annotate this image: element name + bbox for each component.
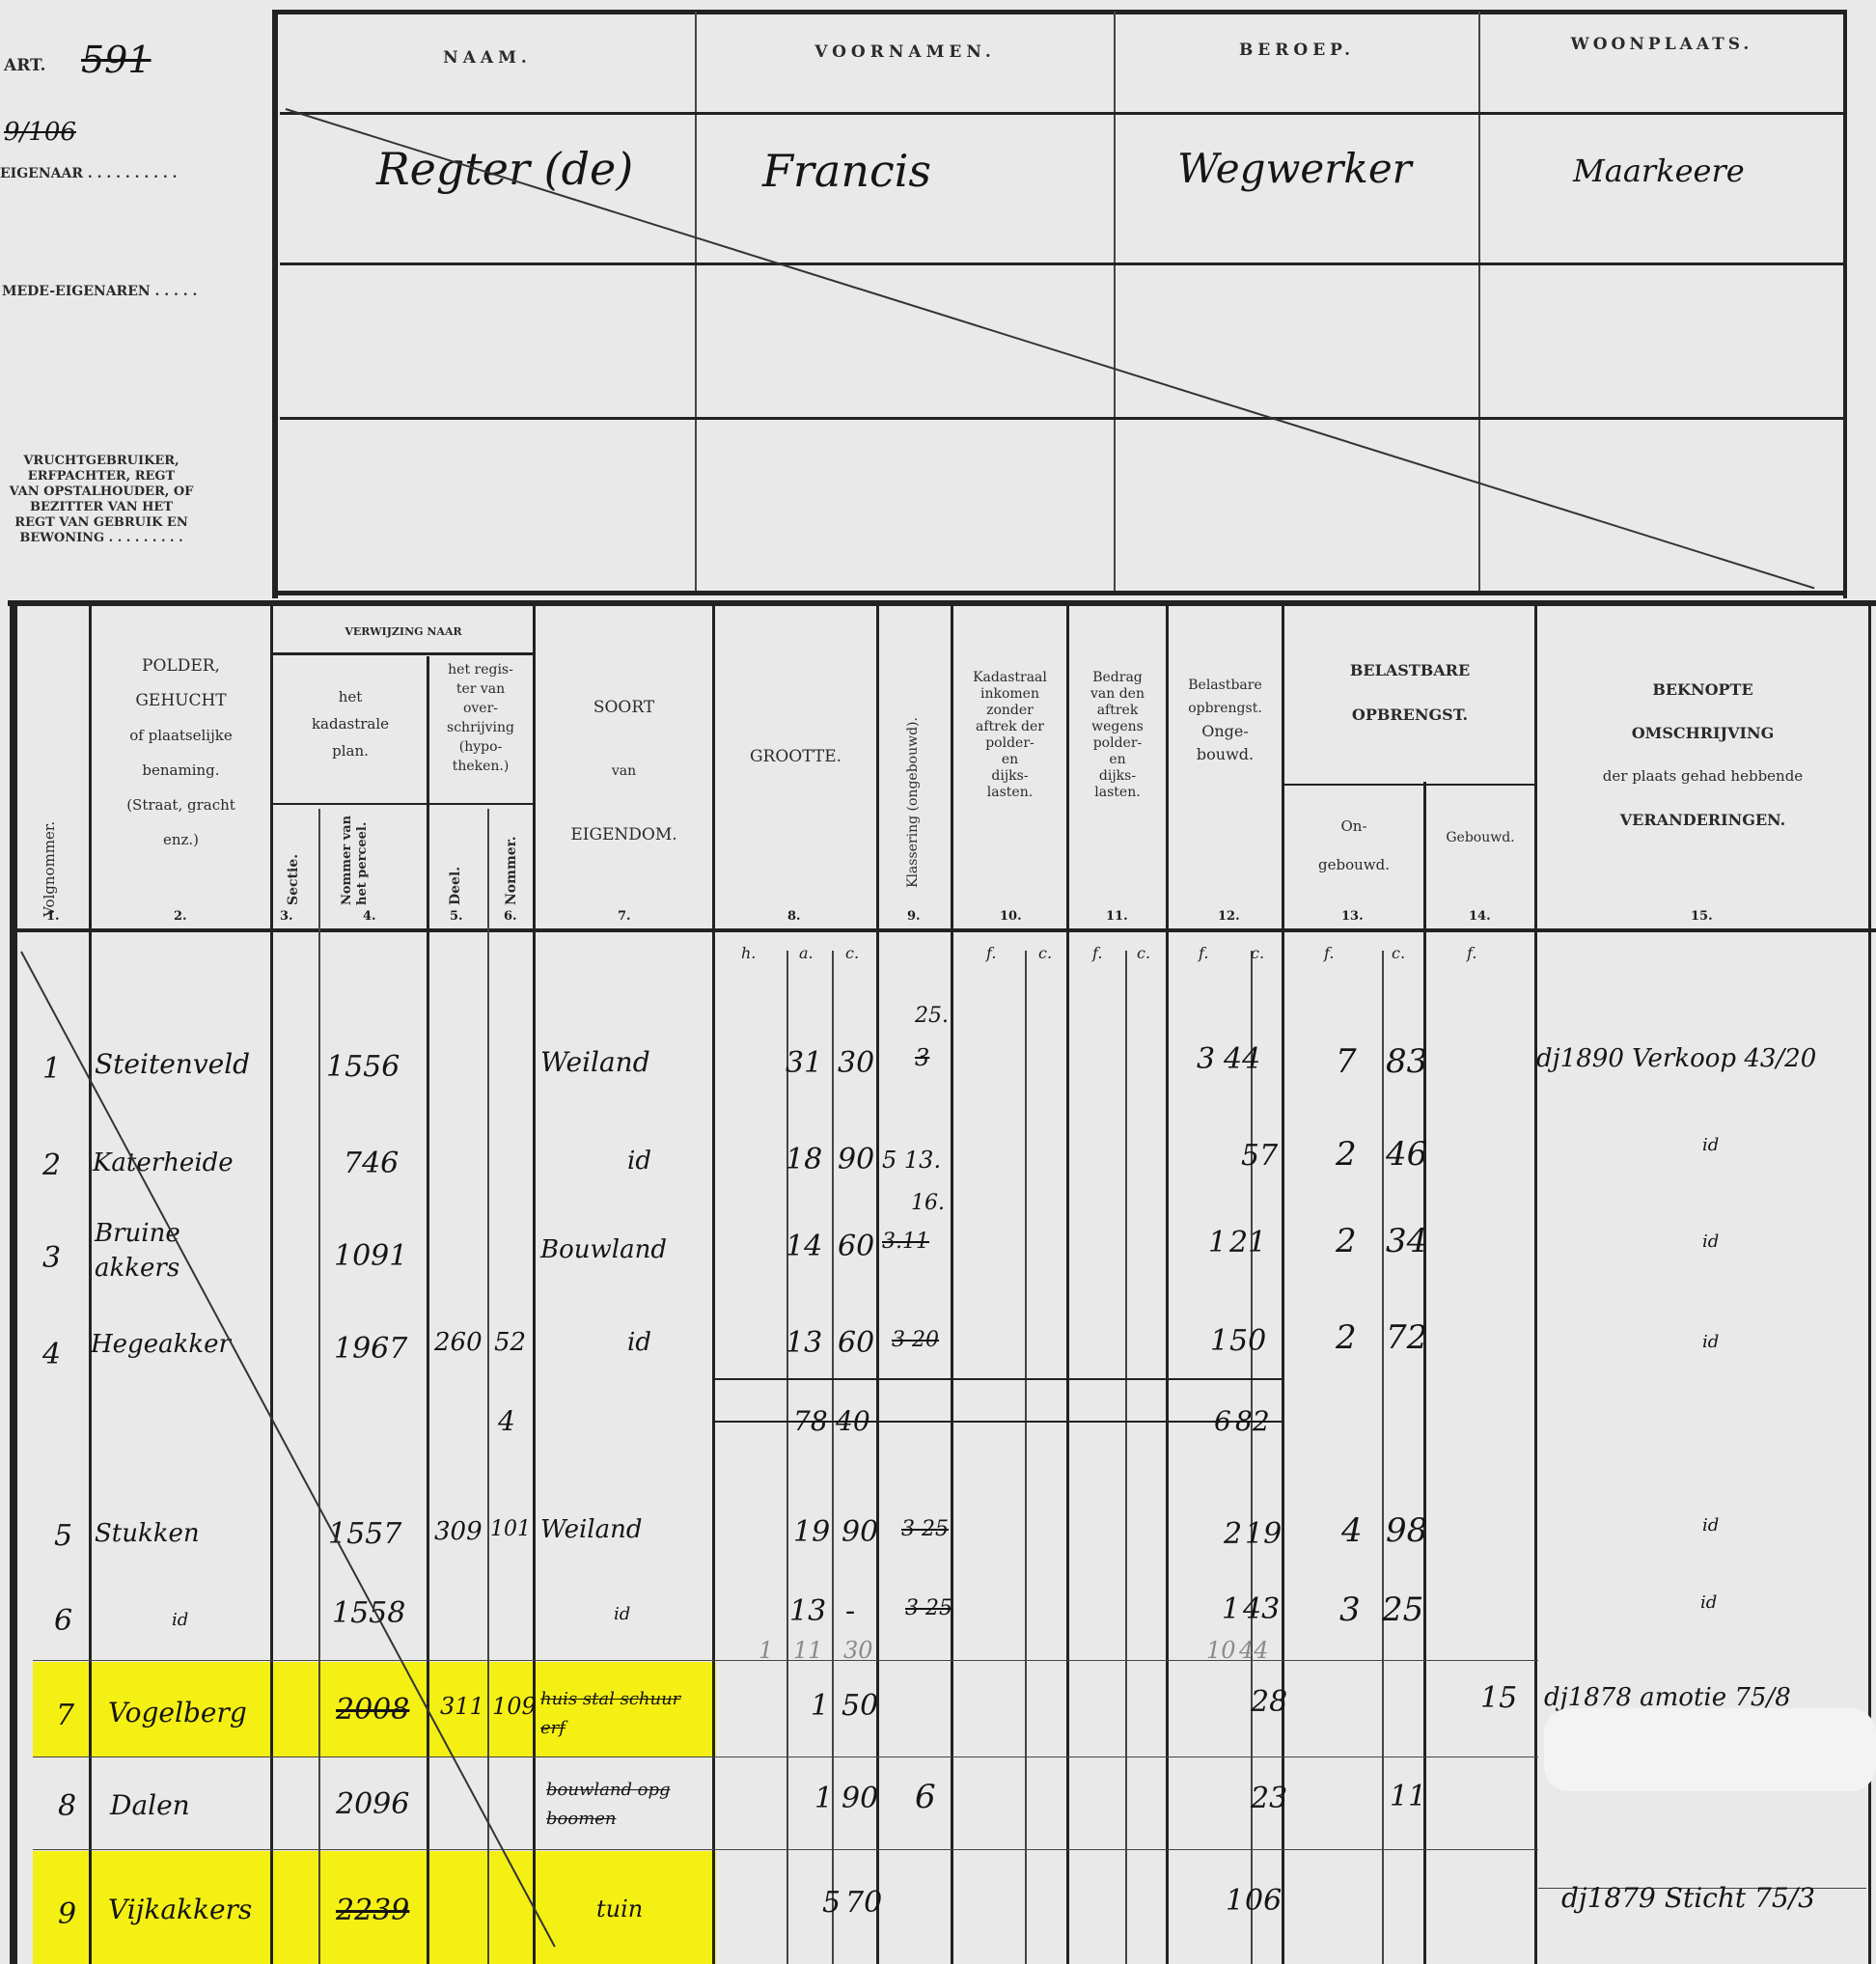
header-verwijzing-naar: VERWIJZING NAAR xyxy=(273,625,534,638)
table-row: 1 Steitenveld 1556 Weiland 31 30 25. 3 3… xyxy=(0,1033,1876,1110)
header-klassering: Klassering (ongebouwd). xyxy=(905,717,921,888)
mede-eigenaren-label: MEDE-EIGENAREN . . . . . xyxy=(2,284,197,299)
owner-woonplaats: Maarkeere xyxy=(1573,152,1745,189)
subtotal-row: 4 78 40 6 82 xyxy=(0,1405,1876,1453)
vruchtgebruiker-label: VRUCHTGEBRUIKER, ERFPACHTER, REGT VAN OP… xyxy=(2,454,201,546)
header-belastbare-opbrengst: BELASTBARE OPBRENGST. xyxy=(1284,649,1535,737)
owner-beroep: Wegwerker xyxy=(1177,145,1412,192)
header-naam: NAAM. xyxy=(280,48,695,68)
header-register-overschrijving: het regis- ter van over- schrijving (hyp… xyxy=(428,660,534,776)
header-woonplaats: WOONPLAATS. xyxy=(1480,35,1843,54)
header-voornamen: VOORNAMEN. xyxy=(697,42,1114,62)
header-soort-eigendom: SOORT van EIGENDOM. xyxy=(536,676,712,867)
table-row: 5 Stukken 1557 309 101 Weiland 19 90 3 2… xyxy=(0,1506,1876,1583)
eigenaar-label: EIGENAAR . . . . . . . . . . xyxy=(0,166,177,181)
art-label: ART. xyxy=(4,56,45,75)
header-nommer: Nommer. xyxy=(504,836,519,905)
header-nommer-perceel: Nommer van het perceel. xyxy=(340,813,371,905)
header-kadastrale-plan: het kadastrale plan. xyxy=(273,683,428,764)
table-row: 3 Bruine akkers 1091 Bouwland 14 60 16. … xyxy=(0,1206,1876,1293)
header-volgnommer: Volgnommer. xyxy=(41,821,58,917)
art-number: 591 xyxy=(81,39,152,81)
owner-voornamen: Francis xyxy=(762,145,931,197)
table-row: 4 Hegeakker 1967 260 52 id 13 60 3 20 1 … xyxy=(0,1303,1876,1380)
header-bedrag-aftrek: Bedrag van den aftrek wegens polder- en … xyxy=(1069,670,1166,801)
erased-area xyxy=(1544,1708,1876,1791)
header-on-gebouwd: On- gebouwd. xyxy=(1284,807,1423,884)
header-gebouwd: Gebouwd. xyxy=(1426,830,1534,845)
header-sectie: Sectie. xyxy=(286,854,301,905)
header-beroep: BEROEP. xyxy=(1116,41,1478,60)
table-row-highlighted: 9 Vijkakkers 2239 tuin 5 70 1 06 dj1879 … xyxy=(0,1865,1876,1951)
header-kadastraal-inkomen: Kadastraal inkomen zonder aftrek der pol… xyxy=(953,670,1066,801)
header-deel: Deel. xyxy=(448,867,463,905)
art-reference: 9/106 xyxy=(4,118,76,147)
header-beknopte-omschrijving: BEKNOPTE OMSCHRIJVING der plaats gehad h… xyxy=(1537,668,1868,842)
header-belastbare-ongebouwd: Belastbare opbrengst. Onge- bouwd. xyxy=(1169,674,1282,766)
subtotal-row: 1 11 30 10 44 xyxy=(0,1637,1876,1672)
header-polder: POLDER, GEHUCHT of plaatselijke benaming… xyxy=(92,649,270,857)
header-grootte: GROOTTE. xyxy=(715,747,876,766)
